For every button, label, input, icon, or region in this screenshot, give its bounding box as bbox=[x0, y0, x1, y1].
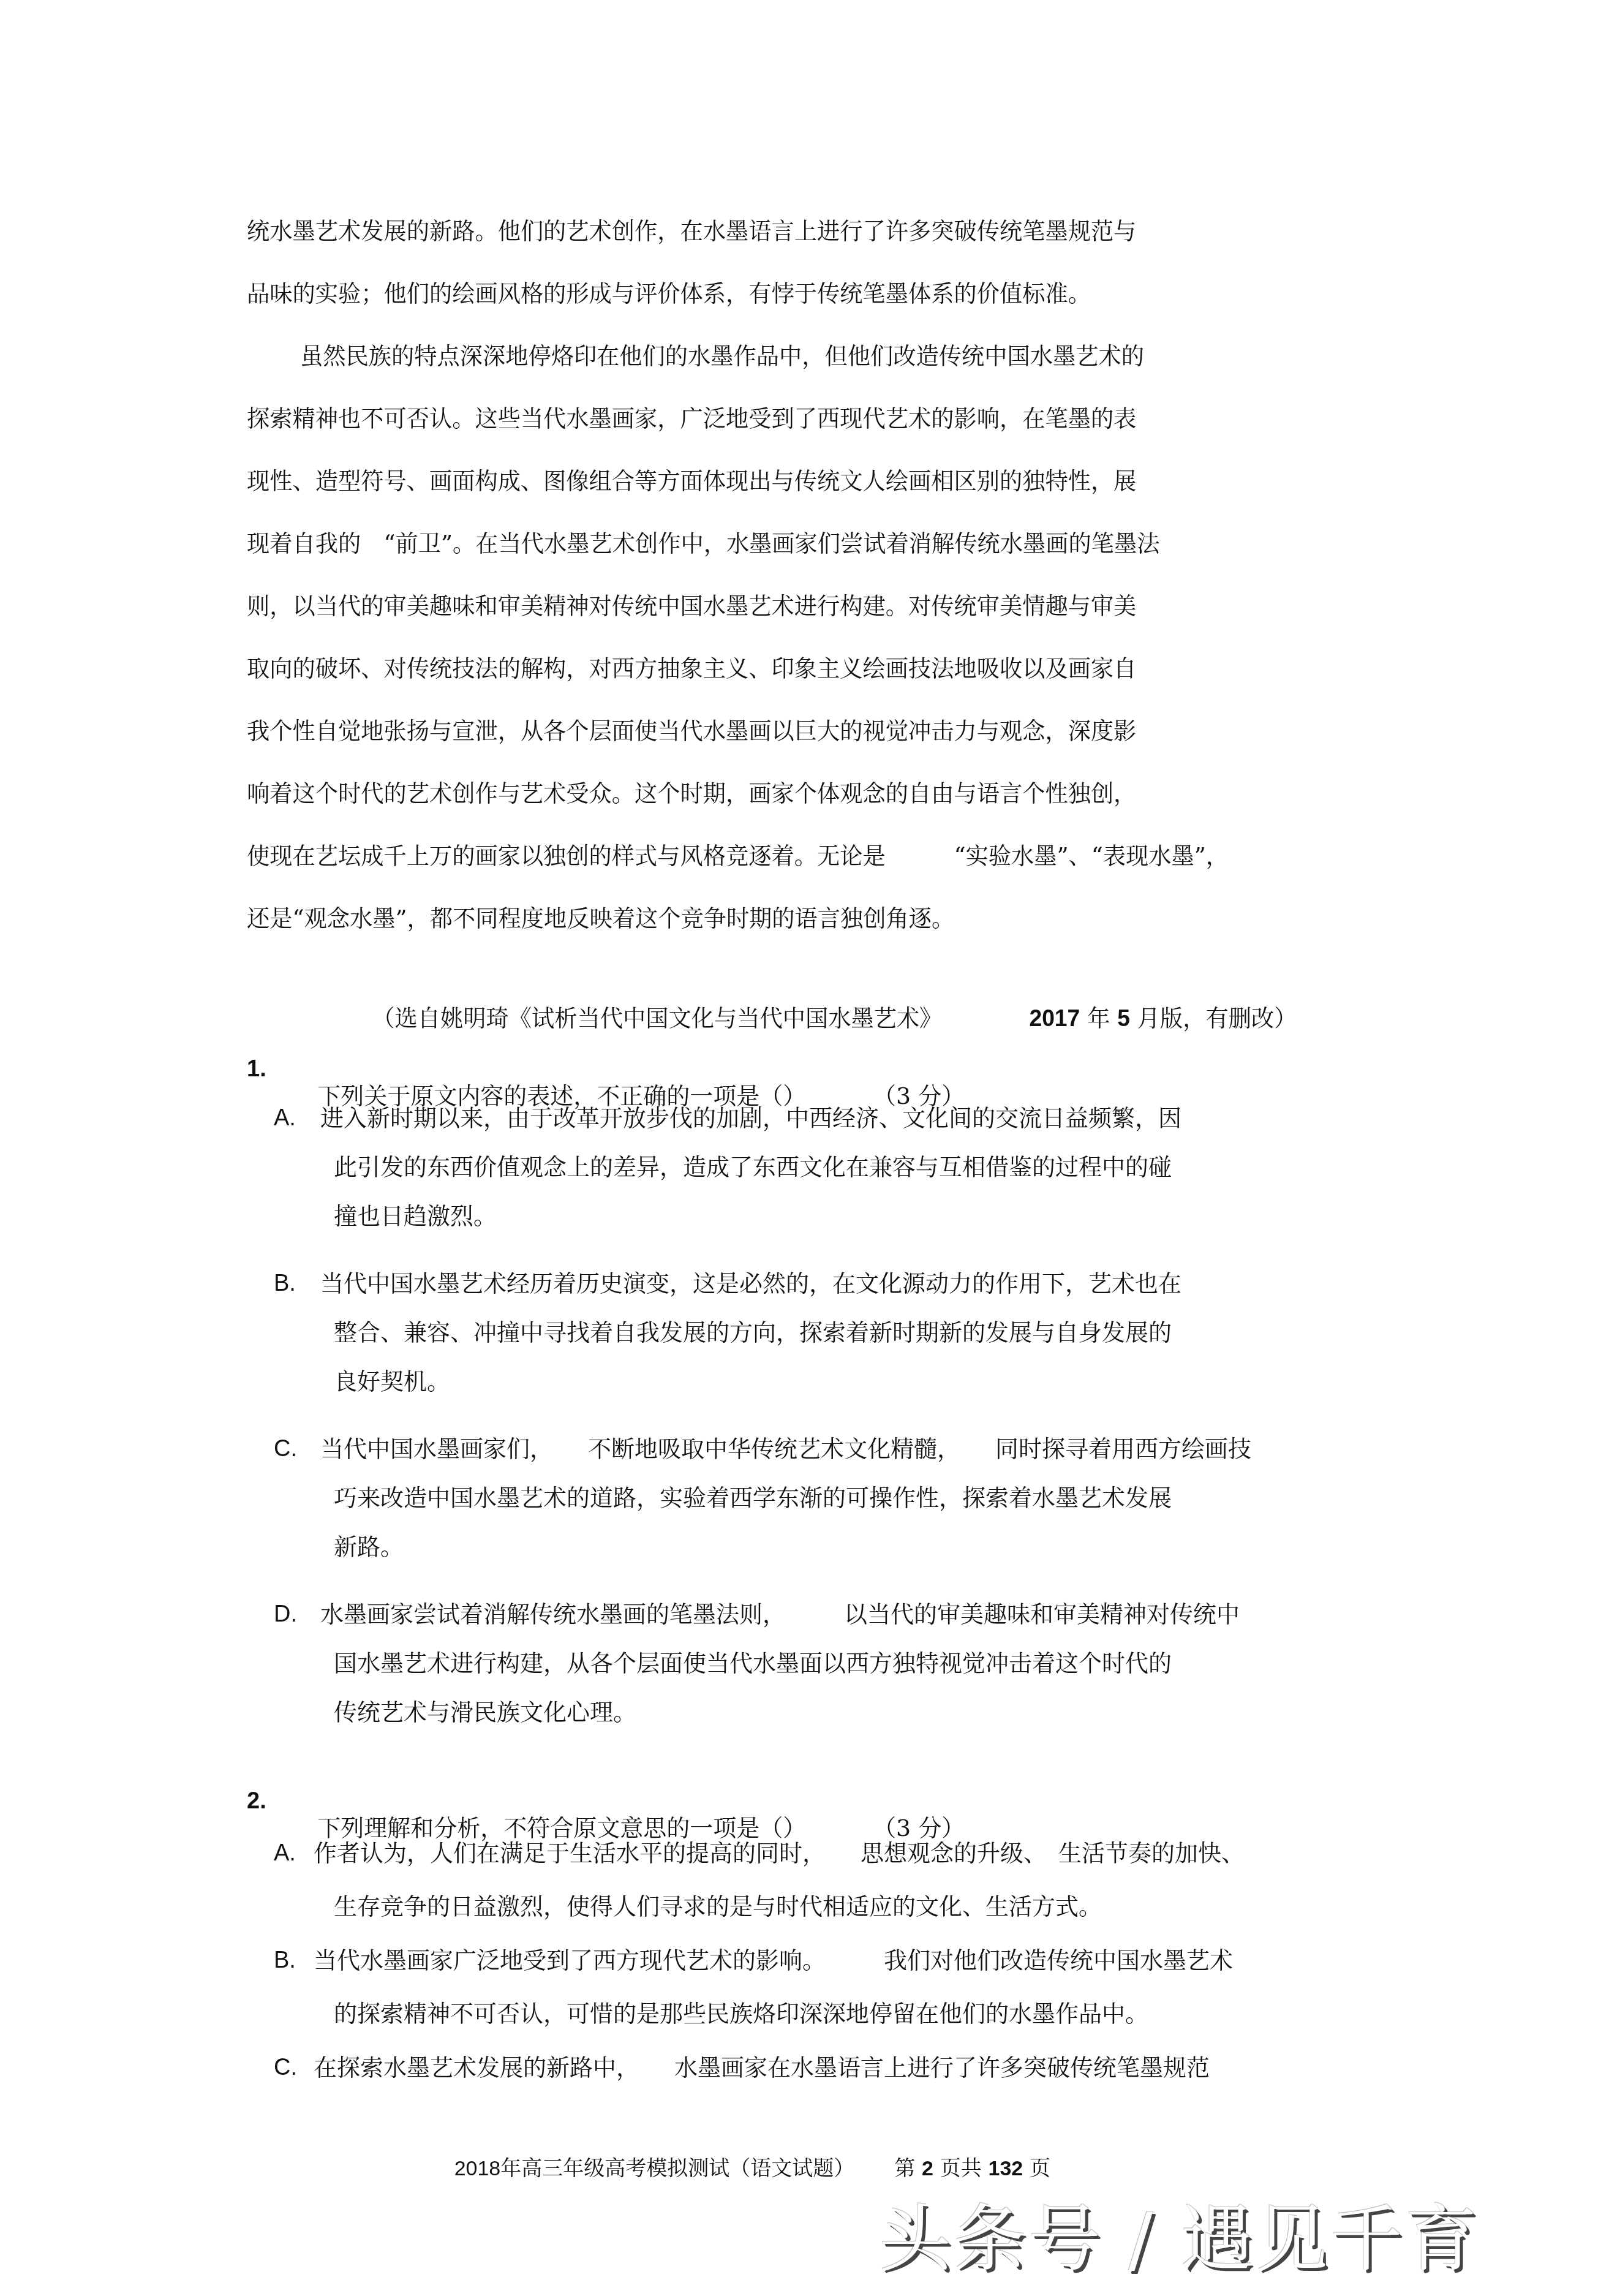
passage-line: 统水墨艺术发展的新路。他们的艺术创作，在水墨语言上进行了许多突破传统笔墨规范与 bbox=[247, 217, 1136, 244]
option-a-line: 生存竞争的日益激烈，使得人们寻求的是与时代相适应的文化、生活方式。 bbox=[334, 1893, 1102, 1920]
passage-line: 使现在艺坛成千上万的画家以独创的样式与风格竞逐着。无论是 “实验水墨”、“表现水… bbox=[247, 842, 1229, 869]
option-d-line: 传统艺术与滑民族文化心理。 bbox=[334, 1699, 636, 1726]
page-mid: 页共 bbox=[940, 2156, 982, 2181]
passage-source: （选自姚明琦《试析当代中国文化与当代中国水墨艺术》 2017 年 5 月版，有删… bbox=[343, 978, 1297, 1059]
option-label-a: A. bbox=[274, 1840, 296, 1867]
option-c-line: 巧来改造中国水墨艺术的道路，实验着西学东渐的可操作性，探索着水墨艺术发展 bbox=[334, 1484, 1172, 1511]
passage-line: 还是“观念水墨”，都不同程度地反映着这个竞争时期的语言独创角逐。 bbox=[247, 905, 954, 932]
option-b-line: 当代水墨画家广泛地受到了西方现代艺术的影响。 我们对他们改造传统中国水墨艺术 bbox=[314, 1947, 1233, 1974]
option-a-line: 作者认为，人们在满足于生活水平的提高的同时， 思想观念的升级、 生活节奏的加快、 bbox=[314, 1840, 1245, 1867]
footer-year: 2018 bbox=[454, 2157, 501, 2180]
option-a-line: 撞也日趋激烈。 bbox=[334, 1203, 497, 1229]
passage-line: 品味的实验；他们的绘画风格的形成与评价体系，有悖于传统笔墨体系的价值标准。 bbox=[247, 280, 1091, 307]
option-a-line: 进入新时期以来，由于改革开放步伐的加剧，中西经济、文化间的交流日益频繁，因 bbox=[320, 1105, 1181, 1131]
source-title: （选自姚明琦《试析当代中国文化与当代中国水墨艺术》 bbox=[372, 1005, 942, 1032]
question-number: 2. bbox=[247, 1788, 266, 1815]
passage-line: 我个性自觉地张扬与宣泄，从各个层面使当代水墨画以巨大的视觉冲击力与观念，深度影 bbox=[247, 717, 1136, 744]
option-a-line: 此引发的东西价值观念上的差异，造成了东西文化在兼容与互相借鉴的过程中的碰 bbox=[334, 1154, 1172, 1180]
source-year-unit: 年 bbox=[1087, 1005, 1110, 1032]
passage-line: 探索精神也不可否认。这些当代水墨画家，广泛地受到了西现代艺术的影响，在笔墨的表 bbox=[247, 405, 1136, 432]
source-year: 2017 bbox=[1029, 1006, 1080, 1032]
page-footer: 2018年高三年级高考模拟测试（语文试题） 第 2 页共 132 页 bbox=[441, 2132, 1050, 2181]
passage-line: 响着这个时代的艺术创作与艺术受众。这个时期，画家个体观念的自由与语言个性独创， bbox=[247, 780, 1136, 807]
footer-title: 年高三年级高考模拟测试（语文试题） bbox=[500, 2156, 854, 2181]
option-label-c: C. bbox=[274, 2054, 297, 2081]
option-c-line: 在探索水墨艺术发展的新路中， 水墨画家在水墨语言上进行了许多突破传统笔墨规范 bbox=[314, 2054, 1210, 2081]
option-b-line: 良好契机。 bbox=[334, 1368, 450, 1395]
option-label-b: B. bbox=[274, 1947, 296, 1974]
passage-line: 虽然民族的特点深深地停烙印在他们的水墨作品中，但他们改造传统中国水墨艺术的 bbox=[300, 342, 1144, 369]
option-label-a: A. bbox=[274, 1105, 296, 1131]
option-d-line: 水墨画家尝试着消解传统水墨画的笔墨法则， 以当代的审美趣味和审美精神对传统中 bbox=[320, 1601, 1240, 1628]
question-number: 1. bbox=[247, 1055, 266, 1082]
option-label-c: C. bbox=[274, 1435, 297, 1462]
source-suffix: 月版，有删改） bbox=[1137, 1005, 1297, 1032]
option-b-line: 当代中国水墨艺术经历着历史演变，这是必然的，在文化源动力的作用下，艺术也在 bbox=[320, 1270, 1181, 1297]
option-d-line: 国水墨艺术进行构建，从各个层面使当代水墨面以西方独特视觉冲击着这个时代的 bbox=[334, 1650, 1172, 1677]
option-label-d: D. bbox=[274, 1601, 297, 1628]
watermark-text: 头条号 / 遇见千育 bbox=[879, 2199, 1480, 2279]
passage-line: 则，以当代的审美趣味和审美精神对传统中国水墨艺术进行构建。对传统审美情趣与审美 bbox=[247, 592, 1136, 619]
passage-line: 现性、造型符号、画面构成、图像组合等方面体现出与传统文人绘画相区别的独特性，展 bbox=[247, 467, 1136, 494]
question-score: （3 分） bbox=[873, 1815, 965, 1841]
passage-line: 现着自我的 “前卫”。在当代水墨艺术创作中，水墨画家们尝试着消解传统水墨画的笔墨… bbox=[247, 530, 1159, 557]
page-current: 2 bbox=[922, 2157, 933, 2180]
option-b-line: 的探索精神不可否认，可惜的是那些民族烙印深深地停留在他们的水墨作品中。 bbox=[334, 2000, 1148, 2027]
page-prefix: 第 bbox=[894, 2156, 915, 2181]
option-c-line: 当代中国水墨画家们， 不断地吸取中华传统艺术文化精髓， 同时探寻着用西方绘画技 bbox=[320, 1435, 1251, 1462]
option-b-line: 整合、兼容、冲撞中寻找着自我发展的方向，探索着新时期新的发展与自身发展的 bbox=[334, 1319, 1172, 1346]
option-label-b: B. bbox=[274, 1270, 296, 1297]
page-total: 132 bbox=[988, 2157, 1023, 2180]
source-month: 5 bbox=[1117, 1006, 1130, 1032]
option-c-line: 新路。 bbox=[334, 1533, 404, 1560]
passage-line: 取向的破坏、对传统技法的解构，对西方抽象主义、印象主义绘画技法地吸收以及画家自 bbox=[247, 655, 1136, 682]
page-suffix: 页 bbox=[1030, 2156, 1050, 2181]
